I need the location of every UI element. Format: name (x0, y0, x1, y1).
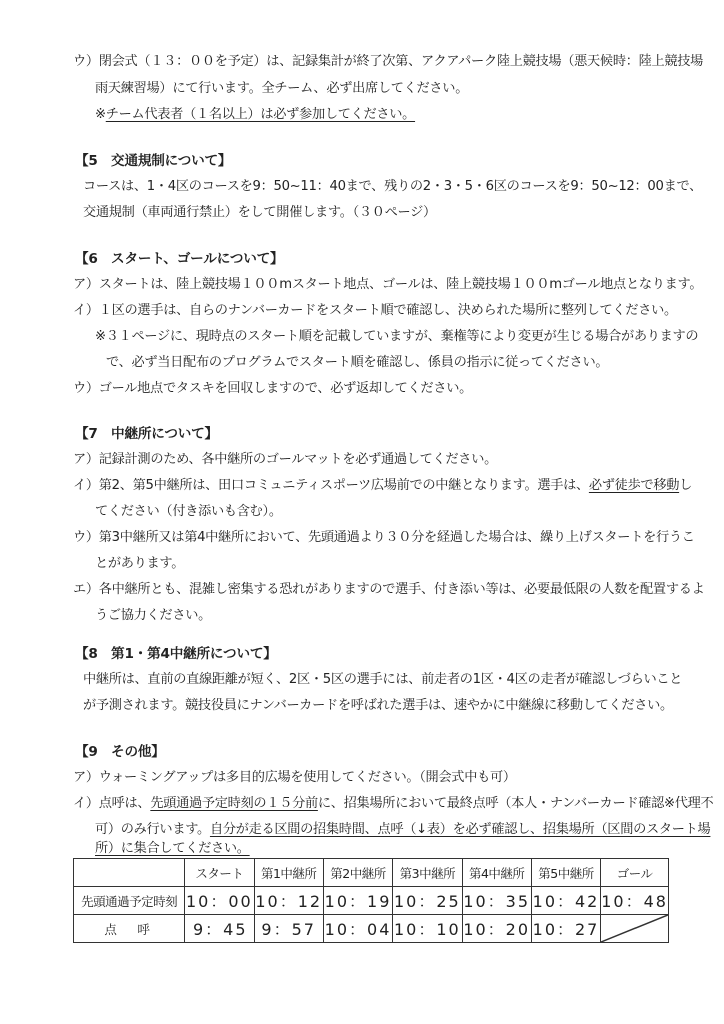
column-header-relay-1: 第1中継所 (254, 859, 323, 887)
row-header-lead-time: 先頭通過予定時刻 (74, 887, 185, 915)
table-cell: 10：10 (393, 915, 462, 943)
column-header-relay-3: 第3中継所 (393, 859, 462, 887)
table-cell: 9：57 (254, 915, 323, 943)
start-goal-item-a: ア）スタートは、陸上競技場１００mスタート地点、ゴールは、陸上競技場１００mゴー… (73, 276, 702, 294)
column-header-goal: ゴール (601, 859, 669, 887)
table-row: 先頭通過予定時刻 10：00 10：12 10：19 10：25 10：35 1… (74, 887, 669, 915)
diagonal-line-icon (601, 915, 668, 942)
empty-diagonal-cell (601, 915, 669, 943)
relay-1-4-line-2: が予測されます。競技役員にナンバーカードを呼ばれた選手は、速やかに中継線に移動し… (83, 697, 673, 715)
closing-ceremony-line-1: ウ）閉会式（１３：００を予定）は、記録集計が終了次第、アクアパーク陸上競技場（悪… (73, 53, 703, 71)
column-header-relay-4: 第4中継所 (462, 859, 531, 887)
table-cell: 10：20 (462, 915, 531, 943)
relay-item-a: ア）記録計測のため、各中継所のゴールマットを必ず通過してください。 (73, 451, 497, 469)
roll-call-text: イ）点呼は、 (73, 796, 150, 811)
table-cell: 10：25 (393, 887, 462, 915)
other-item-i-line-2: 可）のみ行います。自分が走る区間の招集時間、点呼（↓表）を必ず確認し、招集場所（… (95, 821, 710, 839)
table-cell: 10：19 (323, 887, 392, 915)
table-cell: 10：12 (254, 887, 323, 915)
start-order-note-1: ※３１ページに、現時点のスタート順を記載していますが、棄権等により変更が生じる場… (95, 328, 698, 346)
closing-ceremony-line-2: 雨天練習場）にて行います。全チーム、必ず出席してください。 (95, 80, 468, 98)
table-cell: 10：27 (531, 915, 600, 943)
closing-ceremony-note: ※チーム代表者（１名以上）は必ず参加してください。 (95, 106, 415, 124)
relay-item-i-suffix: し (679, 478, 692, 493)
walk-instruction: 必ず徒歩で移動 (589, 478, 679, 493)
table-header-row: スタート 第1中継所 第2中継所 第3中継所 第4中継所 第5中継所 ゴール (74, 859, 669, 887)
table-corner-cell (74, 859, 185, 887)
relay-item-e-line-2: うご協力ください。 (95, 607, 211, 625)
start-order-note-2: で、必ず当日配布のプログラムでスタート順を確認し、係員の指示に従ってください。 (106, 354, 608, 372)
table-cell: 9：45 (185, 915, 254, 943)
relay-item-u-line-2: とがあります。 (95, 555, 184, 573)
other-item-i-line-3: 所）に集合してください。 (95, 840, 250, 858)
team-representative-note: チーム代表者（１名以上）は必ず参加してください。 (106, 107, 415, 122)
table-cell: 10：04 (323, 915, 392, 943)
table-cell: 10：35 (462, 887, 531, 915)
assembly-instruction-end: 所）に集合してください。 (95, 841, 250, 856)
start-goal-item-u: ウ）ゴール地点でタスキを回収しますので、必ず返却してください。 (73, 380, 472, 398)
section-9-heading: 【9 その他】 (75, 743, 165, 761)
column-header-start: スタート (185, 859, 254, 887)
note-mark: ※ (95, 107, 106, 122)
table-cell: 10：48 (601, 887, 669, 915)
assembly-instruction: 自分が走る区間の招集時間、点呼（↓表）を必ず確認し、招集場所（区間のスタート場 (210, 822, 710, 837)
table-row: 点 呼 9：45 9：57 10：04 10：10 10：20 10：27 (74, 915, 669, 943)
traffic-regulation-line-2: 交通規制（車両通行禁止）をして開催します。（３０ページ） (83, 204, 436, 222)
relay-1-4-line-1: 中継所は、直前の直線距離が短く、2区・5区の選手には、前走者の1区・4区の走者が… (83, 671, 682, 689)
roll-call-proxy: 可）のみ行います。 (95, 822, 210, 837)
table-cell: 10：42 (531, 887, 600, 915)
start-goal-item-i: イ）１区の選手は、自らのナンバーカードをスタート順で確認し、決められた場所に整列… (73, 302, 677, 320)
section-6-heading: 【6 スタート、ゴールについて】 (75, 250, 283, 268)
schedule-table: スタート 第1中継所 第2中継所 第3中継所 第4中継所 第5中継所 ゴール 先… (73, 858, 669, 943)
section-7-heading: 【7 中継所について】 (75, 425, 218, 443)
table-cell: 10：00 (185, 887, 254, 915)
roll-call-details: に、招集場所において最終点呼（本人・ナンバーカード確認※代理不 (318, 796, 714, 811)
relay-item-i-text: イ）第2、第5中継所は、田口コミュニティスポーツ広場前での中継となります。選手は… (73, 478, 589, 493)
other-item-i-line-1: イ）点呼は、先頭通過予定時刻の１５分前に、招集場所において最終点呼（本人・ナンバ… (73, 795, 713, 813)
relay-item-i-line-1: イ）第2、第5中継所は、田口コミュニティスポーツ広場前での中継となります。選手は… (73, 477, 692, 495)
row-header-roll-call: 点 呼 (74, 915, 185, 943)
section-5-heading: 【5 交通規制について】 (75, 152, 231, 170)
traffic-regulation-line-1: コースは、1・4区のコースを9：50~11：40まで、残りの2・3・5・6区のコ… (83, 178, 702, 196)
relay-item-u-line-1: ウ）第3中継所又は第4中継所において、先頭通過より３０分を経過した場合は、繰り上… (73, 529, 695, 547)
relay-item-e-line-1: エ）各中継所とも、混雑し密集する恐れがありますので選手、付き添い等は、必要最低限… (73, 581, 704, 599)
section-8-heading: 【8 第1・第4中継所について】 (75, 645, 277, 663)
column-header-relay-5: 第5中継所 (531, 859, 600, 887)
relay-item-i-line-2: てください（付き添いも含む）。 (95, 503, 282, 521)
column-header-relay-2: 第2中継所 (323, 859, 392, 887)
roll-call-timing: 先頭通過予定時刻の１５分前 (150, 796, 318, 811)
other-item-a: ア）ウォーミングアップは多目的広場を使用してください。（開会式中も可） (73, 769, 516, 787)
